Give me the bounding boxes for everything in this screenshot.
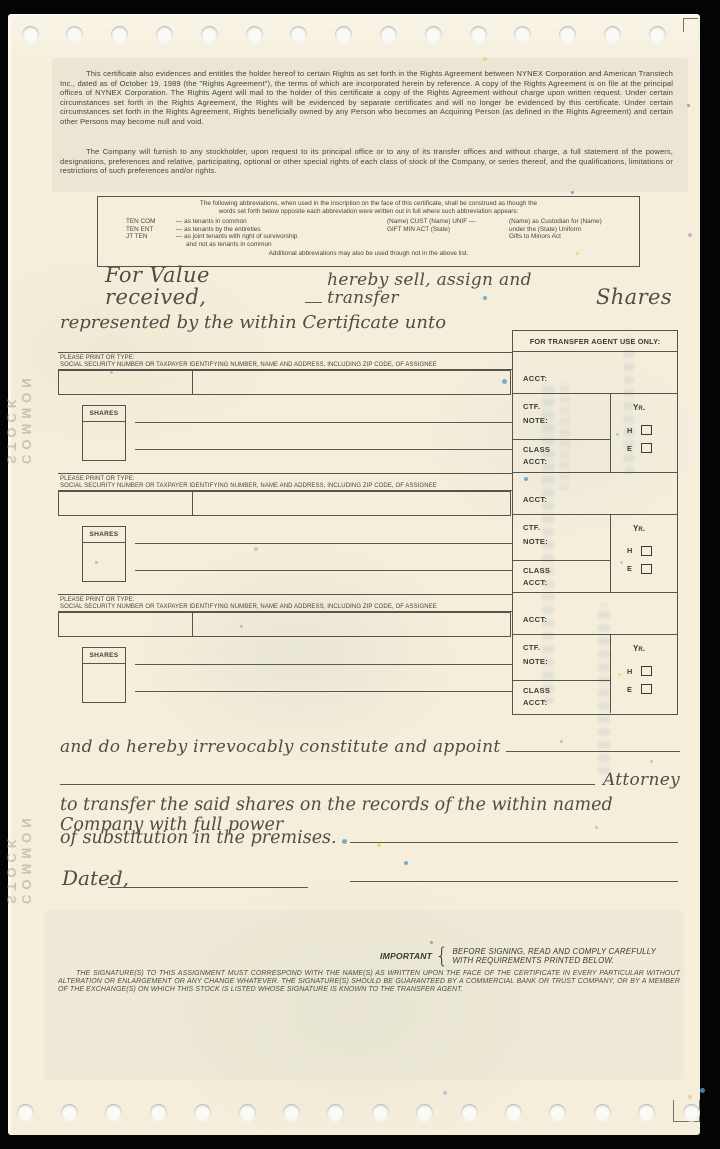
assignee-id-box-divider bbox=[192, 370, 193, 395]
ctf-label: CTF. bbox=[523, 641, 610, 655]
custodian-desc-line1: (Name) as Custodian for (Name) bbox=[509, 218, 639, 226]
acct-label: ACCT: bbox=[523, 374, 547, 383]
important-line1: BEFORE SIGNING, READ AND COMPLY CAREFULL… bbox=[452, 947, 656, 956]
transfer-agent-header: FOR TRANSFER AGENT USE ONLY: bbox=[513, 331, 677, 352]
perforation-hole bbox=[559, 26, 576, 43]
abbreviation-item: and not as tenants in common bbox=[126, 241, 343, 249]
transfer-agent-group: ACCT: CTF. NOTE: CLASS ACCT: Yr. H bbox=[513, 473, 677, 594]
ink-speckle bbox=[687, 104, 690, 107]
shares-entry-box bbox=[82, 542, 126, 582]
constitute-appoint-line: and do hereby irrevocably constitute and… bbox=[60, 727, 680, 757]
acct-label: ACCT: bbox=[523, 615, 547, 624]
attorney-name-blank-2 bbox=[60, 783, 595, 785]
class-label: CLASS bbox=[523, 444, 610, 456]
perforation-hole bbox=[461, 1104, 478, 1121]
assignee-id-box bbox=[58, 612, 511, 637]
name-write-line bbox=[135, 422, 512, 423]
yr-label: Yr. bbox=[611, 403, 667, 412]
important-notice: IMPORTANT { BEFORE SIGNING, READ AND COM… bbox=[380, 944, 656, 968]
ink-speckle bbox=[524, 477, 528, 481]
ink-speckle bbox=[688, 1095, 692, 1099]
perforation-hole bbox=[638, 1104, 655, 1121]
ink-speckle bbox=[254, 547, 258, 551]
perforation-hole bbox=[416, 1104, 433, 1121]
abbreviations-intro-line1: The following abbreviations, when used i… bbox=[98, 200, 639, 208]
assignee-id-box-divider bbox=[192, 612, 193, 637]
note-label: NOTE: bbox=[523, 655, 610, 669]
h-label: H bbox=[627, 546, 632, 555]
please-print-label: PLEASE PRINT OR TYPE: bbox=[60, 355, 437, 362]
ink-speckle bbox=[560, 740, 563, 743]
perforation-hole bbox=[505, 1104, 522, 1121]
attorney-name-blank bbox=[506, 750, 680, 752]
e-checkbox bbox=[641, 443, 652, 453]
abbreviation-code: TEN COM bbox=[126, 218, 176, 226]
constitute-appoint-text: and do hereby irrevocably constitute and… bbox=[60, 738, 500, 757]
perforation-hole bbox=[327, 1104, 344, 1121]
e-label: E bbox=[627, 444, 632, 453]
perforation-hole bbox=[246, 26, 263, 43]
perforation-hole bbox=[425, 26, 442, 43]
abbreviation-item: TEN ENT — as tenants by the entireties bbox=[126, 226, 343, 234]
furnish-paragraph: The Company will furnish to any stockhol… bbox=[60, 147, 673, 176]
ink-speckle bbox=[571, 191, 574, 194]
name-write-line bbox=[135, 664, 512, 665]
perforation-hole bbox=[380, 26, 397, 43]
perforation-hole bbox=[594, 1104, 611, 1121]
ink-speckle bbox=[700, 1088, 705, 1093]
custodian-desc-line3: Gifts to Minors Act bbox=[509, 233, 639, 241]
abbreviations-left-column: TEN COM — as tenants in common TEN ENT —… bbox=[126, 218, 343, 248]
perforation-hole bbox=[150, 1104, 167, 1121]
shares-text: Shares bbox=[596, 286, 672, 308]
paper-tint-bottom bbox=[44, 910, 684, 1080]
abbreviation-desc: — as tenants in common bbox=[176, 218, 247, 226]
acct-label: ACCT: bbox=[523, 495, 547, 504]
ctf-label: CTF. bbox=[523, 400, 610, 414]
abbreviations-box: The following abbreviations, when used i… bbox=[97, 196, 640, 267]
abbreviations-footer: Additional abbreviations may also be use… bbox=[98, 250, 639, 258]
assignee-id-box bbox=[58, 491, 511, 516]
substitution-line: of substitution in the premises. bbox=[60, 828, 337, 848]
assignee-id-box-divider bbox=[192, 491, 193, 516]
e-checkbox bbox=[641, 564, 652, 574]
shares-label-box: SHARES bbox=[82, 526, 126, 543]
signature-line-1 bbox=[350, 842, 678, 843]
ink-speckle bbox=[483, 57, 487, 61]
perforation-hole bbox=[22, 26, 39, 43]
abbreviation-code: JT TEN bbox=[126, 233, 176, 241]
ctf-note-cell: CTF. NOTE: bbox=[513, 635, 610, 681]
signature-line-2 bbox=[350, 881, 678, 882]
perforation-hole bbox=[66, 26, 83, 43]
sell-assign-transfer-text: hereby sell, assign and transfer bbox=[327, 271, 592, 308]
perforation-hole bbox=[201, 26, 218, 43]
transfer-agent-group: ACCT: CTF. NOTE: CLASS ACCT: Yr. H bbox=[513, 352, 677, 473]
abbreviations-intro: The following abbreviations, when used i… bbox=[98, 200, 639, 215]
ink-speckle bbox=[688, 233, 692, 237]
abbreviation-desc: — as joint tenants with right of survivo… bbox=[176, 233, 297, 241]
perforation-hole bbox=[514, 26, 531, 43]
important-line2: WITH REQUIREMENTS PRINTED BELOW. bbox=[452, 956, 656, 965]
perforation-hole bbox=[283, 1104, 300, 1121]
acct-cell: ACCT: bbox=[513, 352, 677, 394]
signature-guarantee-notice: THE SIGNATURE(S) TO THIS ASSIGNMENT MUST… bbox=[58, 970, 680, 995]
h-checkbox bbox=[641, 666, 652, 676]
attorney-text: Attorney bbox=[603, 771, 680, 790]
assignee-caption: PLEASE PRINT OR TYPE: SOCIAL SECURITY NU… bbox=[60, 476, 437, 489]
represented-by-certificate-line: represented by the within Certificate un… bbox=[60, 312, 446, 333]
class-label: CLASS bbox=[523, 685, 610, 697]
abbreviations-intro-line2: words set forth below opposite each abbr… bbox=[98, 208, 639, 216]
abbreviation-code: TEN ENT bbox=[126, 226, 176, 234]
h-checkbox bbox=[641, 425, 652, 435]
perforation-hole bbox=[17, 1104, 34, 1121]
rights-paragraph: This certificate also evidences and enti… bbox=[60, 69, 673, 126]
class-acct-cell: CLASS ACCT: bbox=[513, 561, 610, 592]
custodian-desc-line2: under the (State) Uniform bbox=[509, 226, 639, 234]
ink-speckle bbox=[342, 839, 347, 844]
attorney-line: Attorney bbox=[60, 760, 680, 790]
perforation-hole bbox=[649, 26, 666, 43]
cust-abbreviation-line1: (Name) CUST (Name) UNIF — bbox=[387, 218, 509, 226]
perforation-hole bbox=[290, 26, 307, 43]
address-write-line bbox=[135, 449, 512, 450]
class-acct-cell: CLASS ACCT: bbox=[513, 440, 610, 471]
for-value-received-text: For Value received, bbox=[105, 264, 305, 308]
please-print-label: PLEASE PRINT OR TYPE: bbox=[60, 597, 437, 604]
ink-speckle bbox=[430, 941, 433, 944]
perforation-hole bbox=[194, 1104, 211, 1121]
perforation-hole bbox=[105, 1104, 122, 1121]
for-value-received-line: For Value received, hereby sell, assign … bbox=[105, 276, 672, 308]
class-acct-label: ACCT: bbox=[523, 697, 610, 709]
assignee-caption: PLEASE PRINT OR TYPE: SOCIAL SECURITY NU… bbox=[60, 597, 437, 610]
please-print-label: PLEASE PRINT OR TYPE: bbox=[60, 476, 437, 483]
h-label: H bbox=[627, 667, 632, 676]
ink-speckle bbox=[404, 861, 408, 865]
certificate-back-paper: COMMON STOCK COMMON STOCK This certifica… bbox=[8, 14, 700, 1135]
shares-label-box: SHARES bbox=[82, 405, 126, 422]
transfer-agent-table: FOR TRANSFER AGENT USE ONLY: ACCT: CTF. … bbox=[512, 330, 678, 715]
shares-label-box: SHARES bbox=[82, 647, 126, 664]
address-write-line bbox=[135, 570, 512, 571]
perforation-hole bbox=[604, 26, 621, 43]
assignee-entry-block: PLEASE PRINT OR TYPE: SOCIAL SECURITY NU… bbox=[58, 352, 512, 473]
ctf-note-cell: CTF. NOTE: bbox=[513, 515, 610, 561]
ctf-label: CTF. bbox=[523, 521, 610, 535]
e-label: E bbox=[627, 685, 632, 694]
perforation-hole bbox=[156, 26, 173, 43]
ssn-name-address-label: SOCIAL SECURITY NUMBER OR TAXPAYER IDENT… bbox=[60, 483, 437, 490]
yr-label: Yr. bbox=[611, 644, 667, 653]
ghost-common-stock-text: COMMON STOCK bbox=[14, 304, 34, 464]
class-label: CLASS bbox=[523, 565, 610, 577]
note-label: NOTE: bbox=[523, 414, 610, 428]
perforation-hole bbox=[61, 1104, 78, 1121]
transfer-agent-group: ACCT: CTF. NOTE: CLASS ACCT: Yr. H bbox=[513, 593, 677, 714]
assignee-id-box bbox=[58, 370, 511, 395]
assignee-entry-block: PLEASE PRINT OR TYPE: SOCIAL SECURITY NU… bbox=[58, 473, 512, 594]
h-label: H bbox=[627, 426, 632, 435]
abbreviation-desc: and not as tenants in common bbox=[176, 241, 272, 249]
e-checkbox bbox=[641, 684, 652, 694]
class-acct-label: ACCT: bbox=[523, 577, 610, 589]
acct-cell: ACCT: bbox=[513, 473, 677, 515]
ctf-note-cell: CTF. NOTE: bbox=[513, 394, 610, 440]
ink-speckle bbox=[622, 101, 625, 104]
important-label: IMPORTANT bbox=[380, 951, 432, 961]
assignee-entry-block: PLEASE PRINT OR TYPE: SOCIAL SECURITY NU… bbox=[58, 594, 512, 715]
ink-speckle bbox=[95, 561, 98, 564]
brace-glyph: { bbox=[435, 944, 448, 968]
perforation-hole bbox=[111, 26, 128, 43]
ink-speckle bbox=[240, 625, 243, 628]
ink-speckle bbox=[595, 826, 598, 829]
abbreviation-desc: — as tenants by the entireties bbox=[176, 226, 261, 234]
shares-entry-box bbox=[82, 663, 126, 703]
ink-speckle bbox=[618, 673, 621, 676]
name-write-line bbox=[135, 543, 512, 544]
perforation-hole bbox=[470, 26, 487, 43]
assignee-caption: PLEASE PRINT OR TYPE: SOCIAL SECURITY NU… bbox=[60, 355, 437, 368]
ssn-name-address-label: SOCIAL SECURITY NUMBER OR TAXPAYER IDENT… bbox=[60, 604, 437, 611]
abbreviation-item: TEN COM — as tenants in common bbox=[126, 218, 343, 226]
date-write-line bbox=[108, 887, 308, 888]
year-checkbox-cell: Yr. H E bbox=[610, 394, 677, 472]
ink-speckle bbox=[667, 151, 670, 154]
e-label: E bbox=[627, 564, 632, 573]
class-acct-cell: CLASS ACCT: bbox=[513, 681, 610, 712]
year-checkbox-cell: Yr. H E bbox=[610, 515, 677, 593]
ssn-name-address-label: SOCIAL SECURITY NUMBER OR TAXPAYER IDENT… bbox=[60, 362, 437, 369]
ink-speckle bbox=[110, 371, 113, 374]
note-label: NOTE: bbox=[523, 535, 610, 549]
perforation-hole bbox=[683, 1104, 700, 1121]
perforation-hole bbox=[372, 1104, 389, 1121]
ink-speckle bbox=[502, 379, 507, 384]
ink-speckle bbox=[377, 843, 381, 847]
ink-speckle bbox=[483, 296, 487, 300]
abbreviations-right-column: (Name) CUST (Name) UNIF — GIFT MIN ACT (… bbox=[387, 218, 639, 248]
cust-abbreviation-line2: GIFT MIN ACT (State) bbox=[387, 226, 509, 234]
ink-speckle bbox=[616, 433, 619, 436]
ink-speckle bbox=[650, 760, 653, 763]
perforation-hole bbox=[239, 1104, 256, 1121]
ink-speckle bbox=[443, 1091, 447, 1095]
abbreviation-item: JT TEN — as joint tenants with right of … bbox=[126, 233, 343, 241]
abbreviation-code bbox=[126, 241, 176, 249]
yr-label: Yr. bbox=[611, 524, 667, 533]
h-checkbox bbox=[641, 546, 652, 556]
ghost-common-stock-text: COMMON STOCK bbox=[14, 744, 34, 904]
perforation-hole bbox=[335, 26, 352, 43]
ink-speckle bbox=[576, 252, 579, 255]
acct-cell: ACCT: bbox=[513, 593, 677, 635]
class-acct-label: ACCT: bbox=[523, 456, 610, 468]
fill-in-blank bbox=[305, 301, 322, 303]
perforation-hole bbox=[549, 1104, 566, 1121]
shares-entry-box bbox=[82, 421, 126, 461]
ink-speckle bbox=[620, 561, 623, 564]
corner-mark bbox=[683, 18, 698, 32]
address-write-line bbox=[135, 691, 512, 692]
